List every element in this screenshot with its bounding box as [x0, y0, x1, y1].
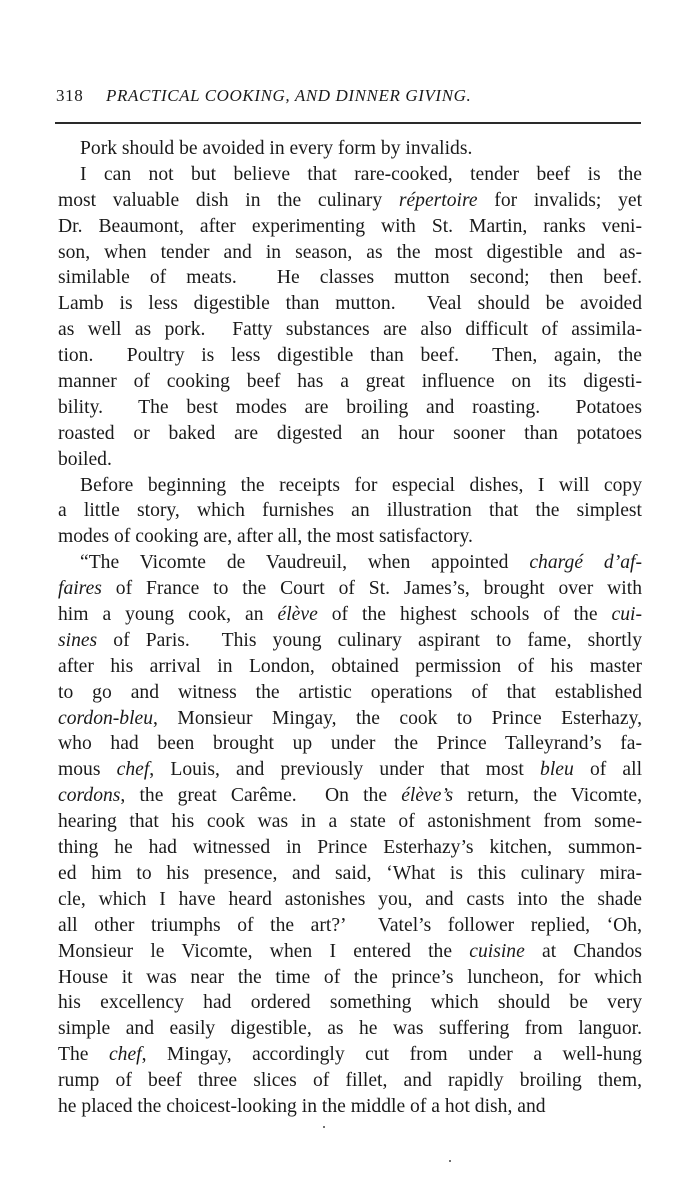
text-run: modes of cooking are, after all, the mos… [58, 526, 473, 547]
text-run: hearing that his cook was in a state of … [58, 811, 642, 832]
text-line: son, when tender and in season, as the m… [58, 240, 642, 266]
running-head: 318 PRACTICAL COOKING, AND DINNER GIVING… [56, 86, 642, 110]
print-speck [449, 1160, 451, 1162]
text-run: , Monsieur Mingay, the cook to Prince Es… [153, 708, 642, 729]
text-run: simple and easily digestible, as he was … [58, 1018, 642, 1039]
text-line: faires of France to the Court of St. Jam… [58, 576, 642, 602]
page-number: 318 [56, 86, 83, 106]
italic-run: sines [58, 630, 97, 651]
italic-run: chef [117, 759, 150, 780]
text-line: cordon-bleu, Monsieur Mingay, the cook t… [58, 706, 642, 732]
text-line: similable of meats. He classes mutton se… [58, 265, 642, 291]
header-rule [55, 122, 641, 124]
text-line: after his arrival in London, obtained pe… [58, 654, 642, 680]
text-run: rump of beef three slices of fillet, and… [58, 1070, 642, 1091]
text-line: his excellency had ordered something whi… [58, 990, 642, 1016]
text-run: of France to the Court of St. James’s, b… [102, 578, 642, 599]
text-line: boiled. [58, 447, 642, 473]
text-line: most valuable dish in the culinary réper… [58, 188, 642, 214]
text-run: thing he had witnessed in Prince Esterha… [58, 837, 642, 858]
text-line: a little story, which furnishes an illus… [58, 498, 642, 524]
text-run: Dr. Beaumont, after experimenting with S… [58, 216, 642, 237]
text-run: mous [58, 759, 117, 780]
text-run: Before beginning the receipts for especi… [80, 475, 642, 496]
text-line: hearing that his cook was in a state of … [58, 809, 642, 835]
text-run: as well as pork. Fatty substances are al… [58, 319, 642, 340]
text-line: House it was near the time of the prince… [58, 965, 642, 991]
italic-run: faires [58, 578, 102, 599]
text-line: Before beginning the receipts for especi… [58, 473, 642, 499]
text-run: a little story, which furnishes an illus… [58, 500, 642, 521]
text-line: rump of beef three slices of fillet, and… [58, 1068, 642, 1094]
text-run: boiled. [58, 449, 112, 470]
text-run: , Louis, and previously under that most [149, 759, 540, 780]
print-speck [323, 1126, 325, 1128]
text-run: “The Vicomte de Vaudreuil, when appointe… [80, 552, 529, 573]
italic-run: répertoire [399, 190, 478, 211]
text-run: , Mingay, accordingly cut from under a w… [142, 1044, 642, 1065]
text-run: manner of cooking beef has a great influ… [58, 371, 642, 392]
text-line: ed him to his presence, and said, ‘What … [58, 861, 642, 887]
text-run: of Paris. This young culinary aspirant t… [97, 630, 642, 651]
text-line: cordons, the great Carême. On the élève’… [58, 783, 642, 809]
text-run: roasted or baked are digested an hour so… [58, 423, 642, 444]
text-line: Monsieur le Vicomte, when I entered the … [58, 939, 642, 965]
text-run: of the highest schools of the [318, 604, 612, 625]
text-run: cle, which I have heard astonishes you, … [58, 889, 642, 910]
italic-run: cordons [58, 785, 120, 806]
text-run: most valuable dish in the culinary [58, 190, 399, 211]
text-line: to go and witness the artistic operation… [58, 680, 642, 706]
text-run: I can not but believe that rare-cooked, … [80, 164, 642, 185]
text-run: ed him to his presence, and said, ‘What … [58, 863, 642, 884]
text-run: to go and witness the artistic operation… [58, 682, 642, 703]
text-line: tion. Poultry is less digestible than be… [58, 343, 642, 369]
text-line: bility. The best modes are broiling and … [58, 395, 642, 421]
text-run: Monsieur le Vicomte, when I entered the [58, 941, 469, 962]
text-line: he placed the choicest-looking in the mi… [58, 1094, 642, 1120]
text-line: simple and easily digestible, as he was … [58, 1016, 642, 1042]
italic-run: cui- [612, 604, 642, 625]
italic-run: chef [109, 1044, 142, 1065]
text-run: for invalids; yet [478, 190, 642, 211]
text-line: Dr. Beaumont, after experimenting with S… [58, 214, 642, 240]
text-run: after his arrival in London, obtained pe… [58, 656, 642, 677]
italic-run: élève’s [401, 785, 453, 806]
text-run: of all [574, 759, 642, 780]
text-run: Lamb is less digestible than mutton. Vea… [58, 293, 642, 314]
text-line: manner of cooking beef has a great influ… [58, 369, 642, 395]
text-line: him a young cook, an élève of the highes… [58, 602, 642, 628]
text-run: bility. The best modes are broiling and … [58, 397, 642, 418]
text-run: Pork should be avoided in every form by … [80, 138, 472, 159]
text-line: roasted or baked are digested an hour so… [58, 421, 642, 447]
text-line: The chef, Mingay, accordingly cut from u… [58, 1042, 642, 1068]
text-line: I can not but believe that rare-cooked, … [58, 162, 642, 188]
text-run: all other triumphs of the art?’ Vatel’s … [58, 915, 642, 936]
text-run: he placed the choicest-looking in the mi… [58, 1096, 546, 1117]
italic-run: bleu [540, 759, 574, 780]
italic-run: élève [278, 604, 318, 625]
book-page: 318 PRACTICAL COOKING, AND DINNER GIVING… [0, 0, 700, 1182]
text-run: return, the Vicomte, [453, 785, 642, 806]
italic-run: chargé d’af- [529, 552, 642, 573]
text-run: son, when tender and in season, as the m… [58, 242, 642, 263]
text-run: his excellency had ordered something whi… [58, 992, 642, 1013]
body-text: Pork should be avoided in every form by … [58, 136, 642, 1120]
text-run: House it was near the time of the prince… [58, 967, 642, 988]
text-line: “The Vicomte de Vaudreuil, when appointe… [58, 550, 642, 576]
text-line: cle, which I have heard astonishes you, … [58, 887, 642, 913]
text-run: at Chandos [525, 941, 642, 962]
text-run: him a young cook, an [58, 604, 278, 625]
text-run: tion. Poultry is less digestible than be… [58, 345, 642, 366]
running-title: PRACTICAL COOKING, AND DINNER GIVING. [106, 86, 471, 106]
text-line: as well as pork. Fatty substances are al… [58, 317, 642, 343]
text-run: , the great Carême. On the [120, 785, 401, 806]
text-line: sines of Paris. This young culinary aspi… [58, 628, 642, 654]
text-line: all other triumphs of the art?’ Vatel’s … [58, 913, 642, 939]
text-run: who had been brought up under the Prince… [58, 733, 642, 754]
text-line: Lamb is less digestible than mutton. Vea… [58, 291, 642, 317]
text-run: similable of meats. He classes mutton se… [58, 267, 642, 288]
italic-run: cordon-bleu [58, 708, 153, 729]
text-line: thing he had witnessed in Prince Esterha… [58, 835, 642, 861]
text-line: modes of cooking are, after all, the mos… [58, 524, 642, 550]
text-line: Pork should be avoided in every form by … [58, 136, 642, 162]
italic-run: cuisine [469, 941, 525, 962]
text-run: The [58, 1044, 109, 1065]
text-line: who had been brought up under the Prince… [58, 731, 642, 757]
text-line: mous chef, Louis, and previously under t… [58, 757, 642, 783]
